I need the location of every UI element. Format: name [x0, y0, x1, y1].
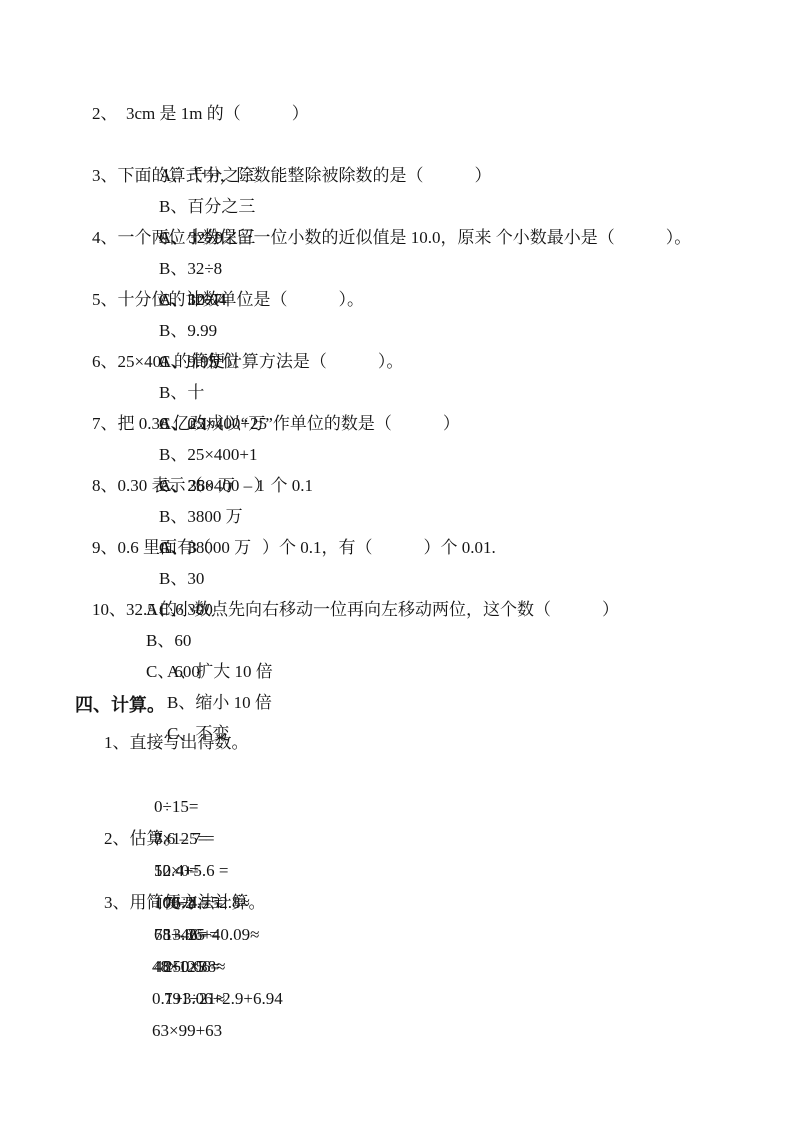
direct-calc-row-1: 0÷15= 8×125= 12.4+5.6 = 100÷4 = 78+46=: [0, 759, 793, 791]
question-9-option-b: B、60: [146, 625, 286, 656]
question-8-text: 8、0.30 表示（ ）个 0.1: [0, 470, 793, 501]
calculation-section: 四、计算。 1、直接写出得数。 0÷15= 8×125= 12.4+5.6 = …: [0, 690, 793, 951]
calculation-section-header: 四、计算。: [0, 690, 793, 721]
question-3-option-b: B、32÷8: [159, 253, 282, 284]
estimate-row: 76.2 – 52.8≈ 13.86+40.09≈ 250×38≈ 791÷21…: [0, 855, 793, 887]
question-7-option-b: B、3800 万: [159, 501, 314, 532]
question-8-option-b: B、30: [159, 563, 279, 594]
question-2-text: 2、 3cm 是 1m 的（ ）: [0, 98, 793, 129]
question-5-text: 5、十分位的计数单位是（ ）。: [0, 284, 793, 315]
question-10-option-a: A、扩大 10 倍: [167, 656, 352, 687]
question-8-options: A、3 B、30 C、300: [0, 501, 793, 532]
question-4-text: 4、一个两位小数保留一位小数的近似值是 10.0，原来 个小数最小是（ ）。: [0, 222, 793, 253]
question-2-option-b: B、百分之三: [159, 191, 312, 222]
question-9: 9、0.6 里面有（ ）个 0.1，有（ ）个 0.01. A、6 B、60 C…: [0, 532, 793, 594]
question-10-text: 10、32.5 的小数点先向右移动一位再向左移动两位，这个数（ ）: [0, 594, 793, 625]
question-7-options: A、380 万 B、3800 万 C、38000 万: [0, 439, 793, 470]
question-3-options: A、32÷9 B、32÷8 C、32÷7: [0, 191, 793, 222]
worksheet-page: 2、 3cm 是 1m 的（ ） A、千分之三 B、百分之三 C、十分之三 3、…: [0, 0, 793, 1122]
question-6: 6、25×401 的简便计算方法是（ ）。 A、25×400+25 B、25×4…: [0, 346, 793, 408]
question-4: 4、一个两位小数保留一位小数的近似值是 10.0，原来 个小数最小是（ ）。 A…: [0, 222, 793, 284]
calc-subsection-simplify-title: 3、用简便方法计算。: [0, 887, 793, 919]
question-8: 8、0.30 表示（ ）个 0.1 A、3 B、30 C、300: [0, 470, 793, 532]
question-4-options: A、10.04 B、9.99 C、9.95: [0, 253, 793, 284]
question-3-text: 3、下面的算式中，除数能整除被除数的是（ ）: [0, 160, 793, 191]
question-6-options: A、25×400+25 B、25×400+1 C、25×400 – 1: [0, 377, 793, 408]
calc-item: 48×125: [152, 951, 284, 983]
calc-subsection-direct-title: 1、直接写出得数。: [0, 727, 793, 759]
question-10-option-b: B、缩小 10 倍: [167, 687, 314, 718]
calc-subsection-direct: 1、直接写出得数。 0÷15= 8×125= 12.4+5.6 = 100÷4 …: [0, 727, 793, 823]
question-2: 2、 3cm 是 1m 的（ ） A、千分之三 B、百分之三 C、十分之三: [0, 98, 793, 160]
calc-item: 13.86+40.09≈: [164, 919, 314, 951]
simplify-row: 48×125 0.1+3.06+2.9+6.94 63×99+63: [0, 919, 793, 951]
calc-subsection-estimate-title: 2、估算。: [0, 823, 793, 855]
question-5-option-b: B、十: [159, 377, 271, 408]
question-7: 7、把 0.38 亿改成以“万”作单位的数是（ ） A、380 万 B、3800…: [0, 408, 793, 470]
calc-subsection-simplify: 3、用简便方法计算。 48×125 0.1+3.06+2.9+6.94 63×9…: [0, 887, 793, 951]
calc-subsection-estimate: 2、估算。 76.2 – 52.8≈ 13.86+40.09≈ 250×38≈ …: [0, 823, 793, 887]
question-7-text: 7、把 0.38 亿改成以“万”作单位的数是（ ）: [0, 408, 793, 439]
calc-item: 50×0=: [154, 855, 260, 887]
calc-item: 0÷15=: [154, 791, 244, 823]
question-3: 3、下面的算式中，除数能整除被除数的是（ ） A、32÷9 B、32÷8 C、3…: [0, 160, 793, 222]
question-5: 5、十分位的计数单位是（ ）。 A、十分位 B、十 C、0.1: [0, 284, 793, 346]
calc-item: 63×99+63: [152, 1015, 222, 1047]
question-9-options: A、6 B、60 C、600: [0, 563, 793, 594]
question-6-option-b: B、25×400+1: [159, 439, 304, 470]
question-9-text: 9、0.6 里面有（ ）个 0.1，有（ ）个 0.01.: [0, 532, 793, 563]
direct-calc-row-2: 7.6 – 7 = 50×0= 10 – 8.5 = 65 – 25 = 48+…: [0, 791, 793, 823]
calc-item: 0.1+3.06+2.9+6.94: [152, 983, 357, 1015]
question-5-options: A、十分位 B、十 C、0.1: [0, 315, 793, 346]
multiple-choice-section: 2、 3cm 是 1m 的（ ） A、千分之三 B、百分之三 C、十分之三 3、…: [0, 0, 793, 656]
question-2-options: A、千分之三 B、百分之三 C、十分之三: [0, 129, 793, 160]
question-4-option-b: B、9.99: [159, 315, 266, 346]
question-6-text: 6、25×401 的简便计算方法是（ ）。: [0, 346, 793, 377]
